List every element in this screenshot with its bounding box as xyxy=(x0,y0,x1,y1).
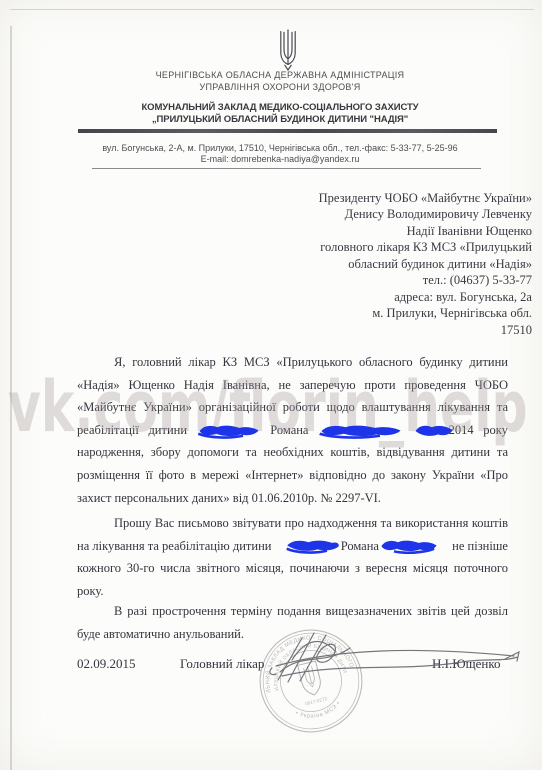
body-line: «Майбутнє України» організаційної роботи… xyxy=(77,396,508,419)
recipient-line: Президенту ЧОБО «Майбутнє України» xyxy=(319,190,532,206)
body-text-segment: на лікування та реабілітацію дитини xyxy=(77,535,271,558)
body-line-with-redactions: на лікування та реабілітацію дитини Рома… xyxy=(77,535,508,558)
redaction-mark xyxy=(285,537,341,554)
body-text-segment: дитини xyxy=(148,419,187,442)
body-line: народження, збору допомоги та необхідних… xyxy=(77,441,508,464)
body-text-segment: реабілітації xyxy=(77,419,139,442)
letterhead-address-line: вул. Богунська, 2-А, м. Прилуки, 17510, … xyxy=(9,143,542,153)
redaction-mark xyxy=(318,422,404,439)
body-line: Я, головний лікар КЗ МСЗ «Прилуцького об… xyxy=(77,351,508,374)
letter-date: 02.09.2015 xyxy=(77,656,136,672)
redaction-mark xyxy=(414,422,454,439)
paragraph-1: Я, головний лікар КЗ МСЗ «Прилуцького об… xyxy=(77,351,508,509)
trident-emblem-icon xyxy=(276,27,300,73)
letterhead-institution-line1: КОМУНАЛЬНИЙ ЗАКЛАД МЕДИКО-СОЦІАЛЬНОГО ЗА… xyxy=(9,102,542,113)
recipient-line: тел.: (04637) 5-33-77 xyxy=(319,272,532,288)
body-text-segment: Романа xyxy=(341,535,379,558)
stamp-bottom-text: • Україна МСЗ • xyxy=(293,700,344,725)
recipient-line: м. Прилуки, Чернігівська обл. xyxy=(319,305,532,321)
scan-edge-artifact-left xyxy=(10,26,12,770)
body-line: року. xyxy=(77,580,508,603)
body-text-segment: року xyxy=(483,419,508,442)
signer-title: Головний лікар xyxy=(180,656,264,672)
redacted-name-group: Романа xyxy=(285,535,439,558)
recipient-line: адреса: вул. Богунська, 2а xyxy=(319,289,532,305)
letterhead-divider-thick xyxy=(78,129,497,133)
recipient-line: Денису Володимировичу Левченку xyxy=(319,206,532,222)
body-line: В разі прострочення терміну подання вище… xyxy=(77,600,508,623)
redaction-mark xyxy=(379,537,439,554)
stamp-center-code: 0017-0273 xyxy=(305,696,328,706)
body-line-with-redactions: реабілітації дитини Романа 2014 року xyxy=(77,419,508,442)
body-text-segment: не пізніше xyxy=(452,535,508,558)
recipient-line: головного лікаря КЗ МСЗ «Прилуцький xyxy=(319,239,532,255)
body-line: Прошу Вас письмово звітувати про надходж… xyxy=(77,512,508,535)
body-text-segment: Романа xyxy=(270,419,308,442)
redaction-mark xyxy=(197,422,261,439)
body-line: захист персональних даних» від 01.06.201… xyxy=(77,487,508,510)
letterhead-org-line1: ЧЕРНІГІВСЬКА ОБЛАСНА ДЕРЖАВНА АДМІНІСТРА… xyxy=(9,70,542,80)
paragraph-2: Прошу Вас письмово звітувати про надходж… xyxy=(77,512,508,602)
body-line: кожного 30-го числа звітного місяця, поч… xyxy=(77,557,508,580)
scanned-letter-page: ЧЕРНІГІВСЬКА ОБЛАСНА ДЕРЖАВНА АДМІНІСТРА… xyxy=(0,0,542,770)
recipient-line: 17510 xyxy=(319,322,532,338)
recipient-line: обласний будинок дитини «Надія» xyxy=(319,256,532,272)
redacted-year-group: 2014 xyxy=(414,419,474,442)
letterhead-institution-line2: „ПРИЛУЦЬКИЙ ОБЛАСНИЙ БУДИНОК ДИТИНИ "НАД… xyxy=(9,114,542,125)
body-line: розміщення її фото в мережі «Інтернет» в… xyxy=(77,464,508,487)
body-line: «Надія» Ющенко Надія Іванівна, не запере… xyxy=(77,374,508,397)
svg-text:• Україна МСЗ •: • Україна МСЗ • xyxy=(293,700,344,725)
recipient-block: Президенту ЧОБО «Майбутнє України» Денис… xyxy=(319,190,532,338)
letterhead-email-line: E-mail: domrebenka-nadiya@yandex.ru xyxy=(9,154,542,164)
scan-edge-artifact-top xyxy=(10,9,534,10)
signature xyxy=(262,626,530,692)
recipient-line: Надії Іванівни Ющенко xyxy=(319,223,532,239)
letterhead-divider-thin xyxy=(92,168,481,169)
letterhead-org-line2: УПРАВЛІННЯ ОХОРОНИ ЗДОРОВ'Я xyxy=(9,82,542,92)
